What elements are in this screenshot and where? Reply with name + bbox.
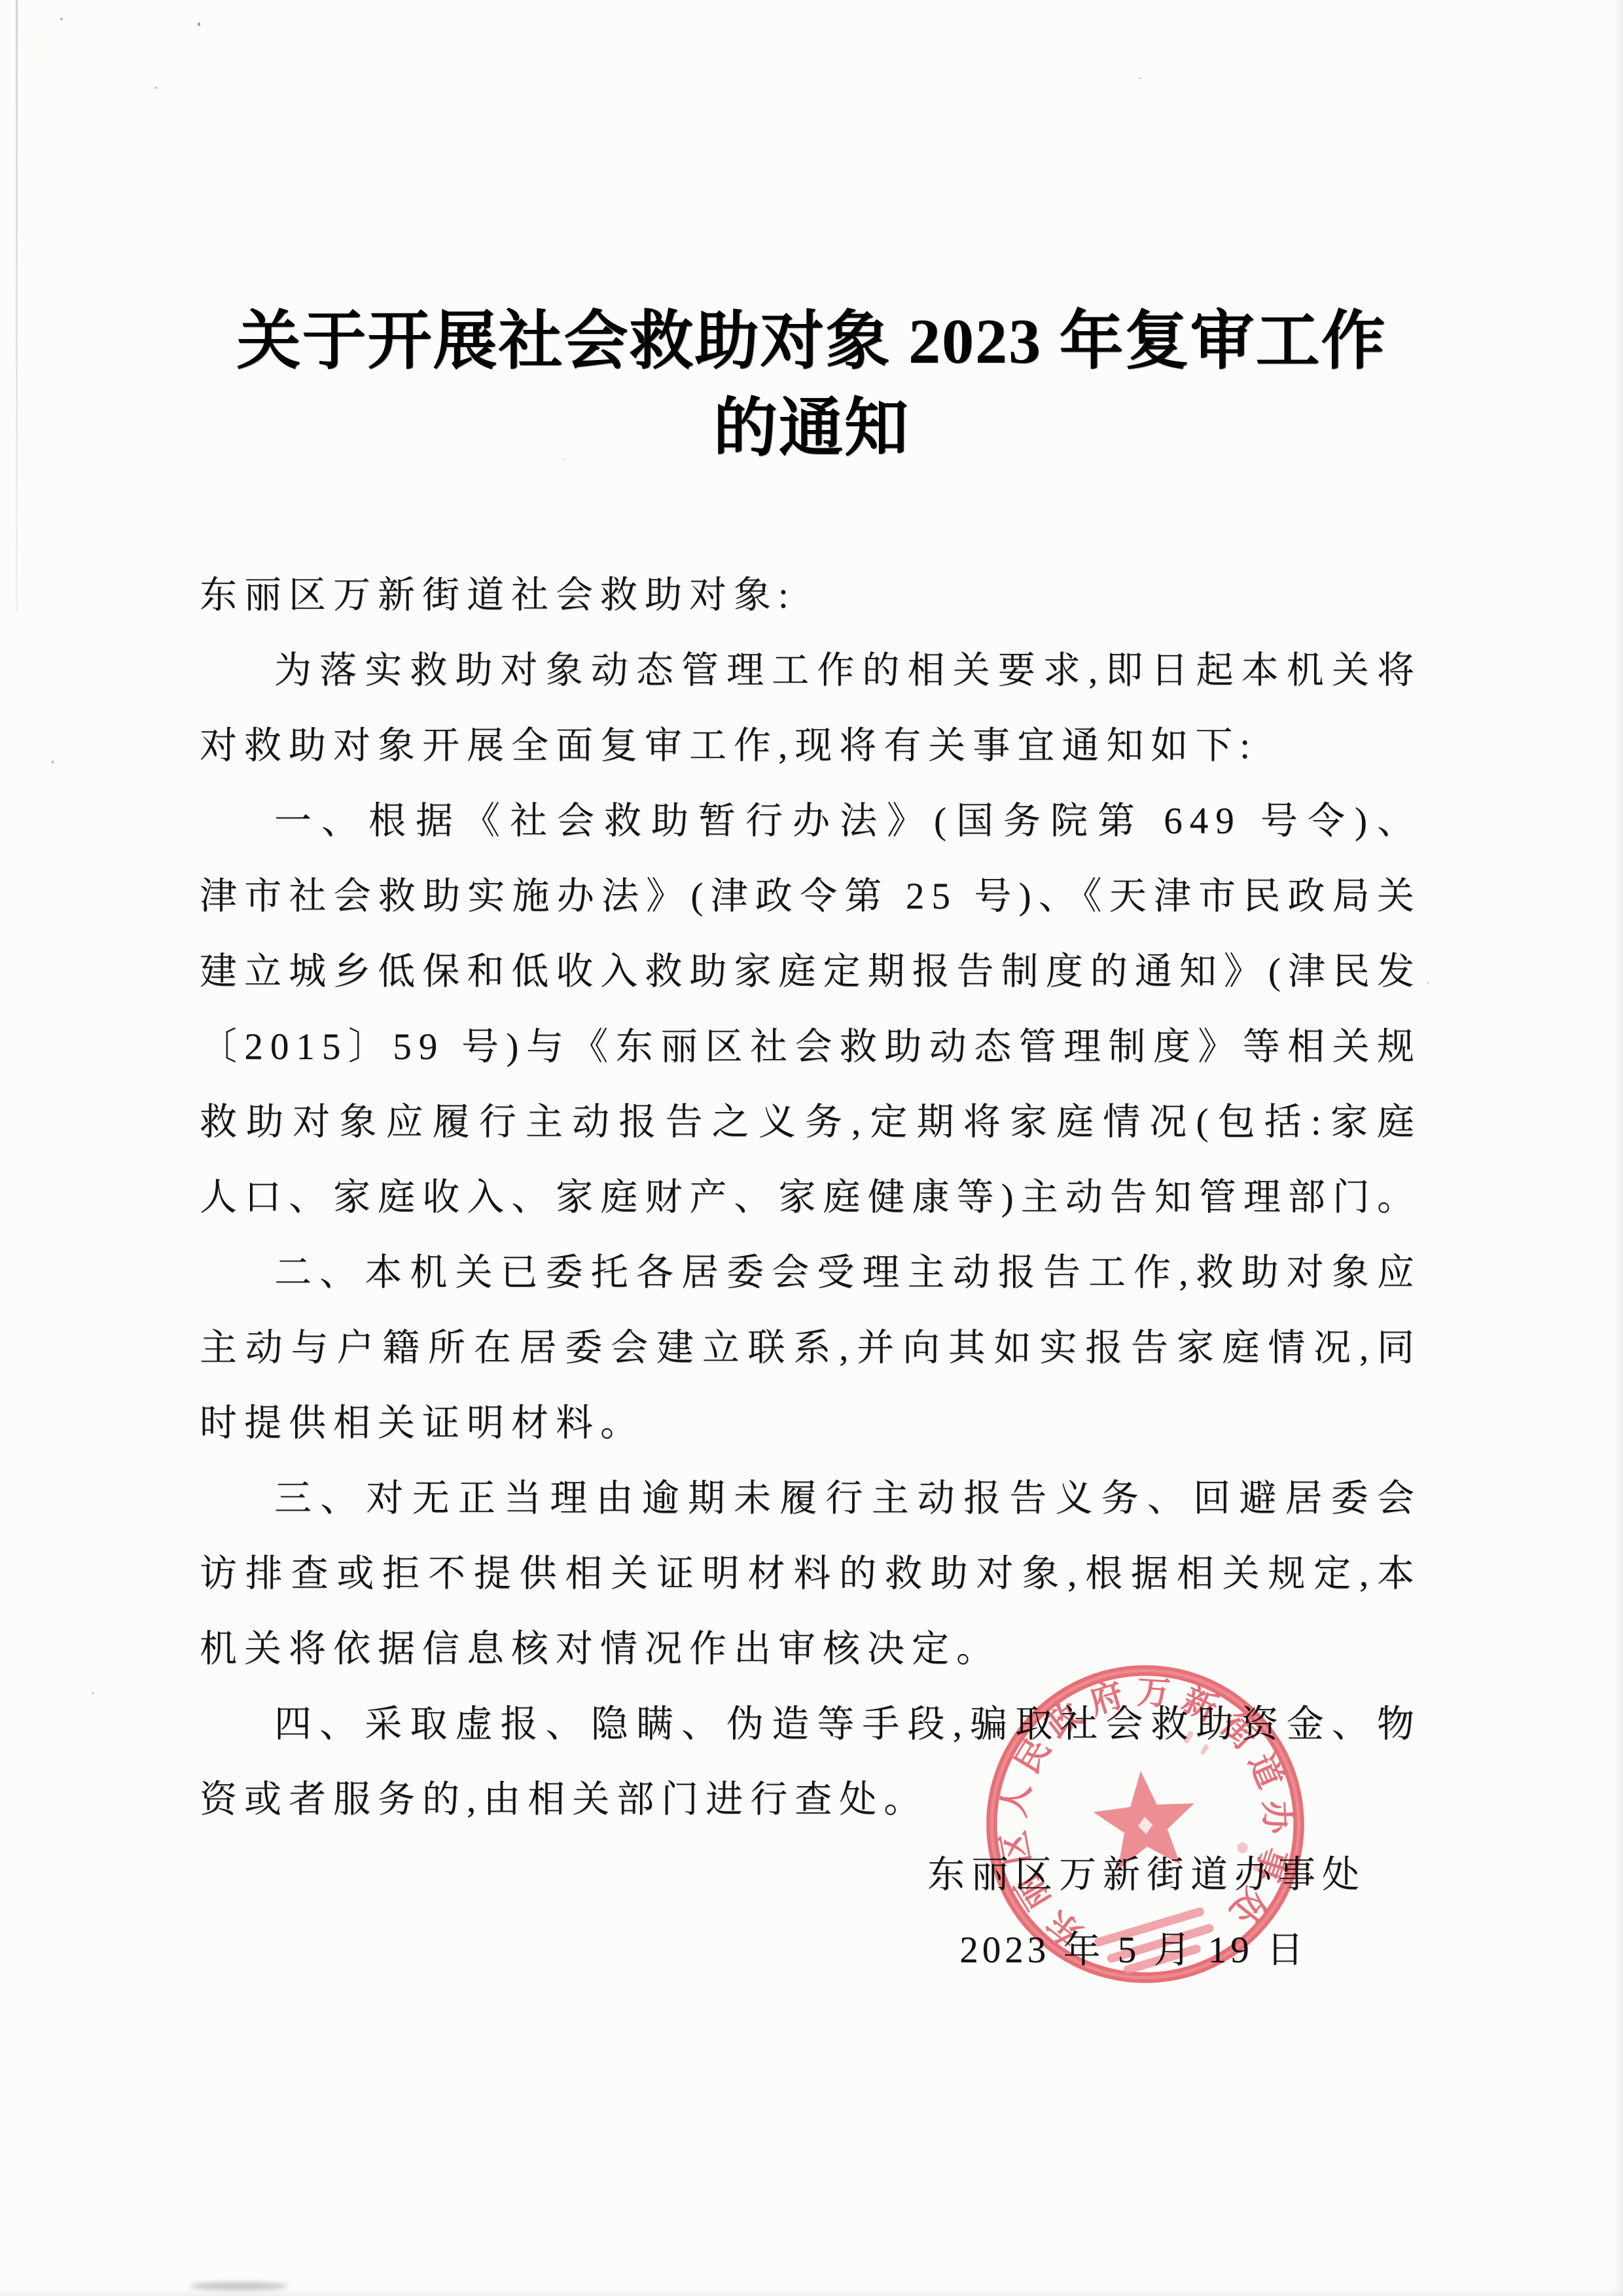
- scan-shadow-bottom: [0, 2289, 1623, 2296]
- seal-bottom-scribble: [1097, 1911, 1213, 1972]
- body-line: 主动与户籍所在居委会建立联系,并向其如实报告家庭情况,同: [200, 1310, 1421, 1386]
- body-line: 〔2015〕59 号)与《东丽区社会救助动态管理制度》等相关规定,: [200, 1009, 1421, 1085]
- notice-body: 东丽区万新街道社会救助对象: 为落实救助对象动态管理工作的相关要求,即日起本机关…: [200, 558, 1421, 1837]
- scan-smudge: [190, 2282, 288, 2290]
- body-line-item2: 二、本机关已委托各居委会受理主动报告工作,救助对象应: [200, 1235, 1421, 1310]
- body-line: 对救助对象开展全面复审工作,现将有关事宜通知如下:: [200, 708, 1421, 783]
- dust-speck: [92, 1692, 94, 1695]
- body-line: 建立城乡低保和低收入救助家庭定期报告制度的通知》(津民发: [200, 934, 1421, 1009]
- body-line: 救助对象应履行主动报告之义务,定期将家庭情况(包括:家庭: [200, 1085, 1421, 1160]
- dust-speck: [51, 761, 54, 764]
- scanned-notice-page: 关于开展社会救助对象 2023 年复审工作 的通知 东丽区万新街道社会救助对象:…: [0, 0, 1623, 2296]
- body-line-item1: 一、根据《社会救助暂行办法》(国务院第 649 号令)、《天: [200, 783, 1421, 859]
- dust-speck: [60, 18, 63, 20]
- official-seal-stamp: 东丽区人民政府万新街道办事处: [965, 1643, 1327, 2005]
- salutation-line: 东丽区万新街道社会救助对象:: [200, 558, 1421, 633]
- dust-speck: [198, 22, 200, 26]
- notice-title-line1: 关于开展社会救助对象 2023 年复审工作: [0, 300, 1623, 384]
- body-line: 为落实救助对象动态管理工作的相关要求,即日起本机关将: [200, 633, 1421, 708]
- body-line-item3: 三、对无正当理由逾期未履行主动报告义务、回避居委会走: [200, 1461, 1421, 1536]
- body-line: 津市社会救助实施办法》(津政令第 25 号)、《天津市民政局关于: [200, 859, 1421, 934]
- dust-speck: [1427, 982, 1429, 984]
- seal-ink-noise: [1182, 1725, 1260, 1877]
- body-line: 时提供相关证明材料。: [200, 1386, 1421, 1461]
- body-line: 人口、家庭收入、家庭财产、家庭健康等)主动告知管理部门。: [200, 1160, 1421, 1235]
- dust-speck: [155, 86, 158, 89]
- body-line: 访排查或拒不提供相关证明材料的救助对象,根据相关规定,本: [200, 1536, 1421, 1611]
- dust-speck: [1139, 77, 1141, 79]
- notice-title-line2: 的通知: [0, 387, 1623, 471]
